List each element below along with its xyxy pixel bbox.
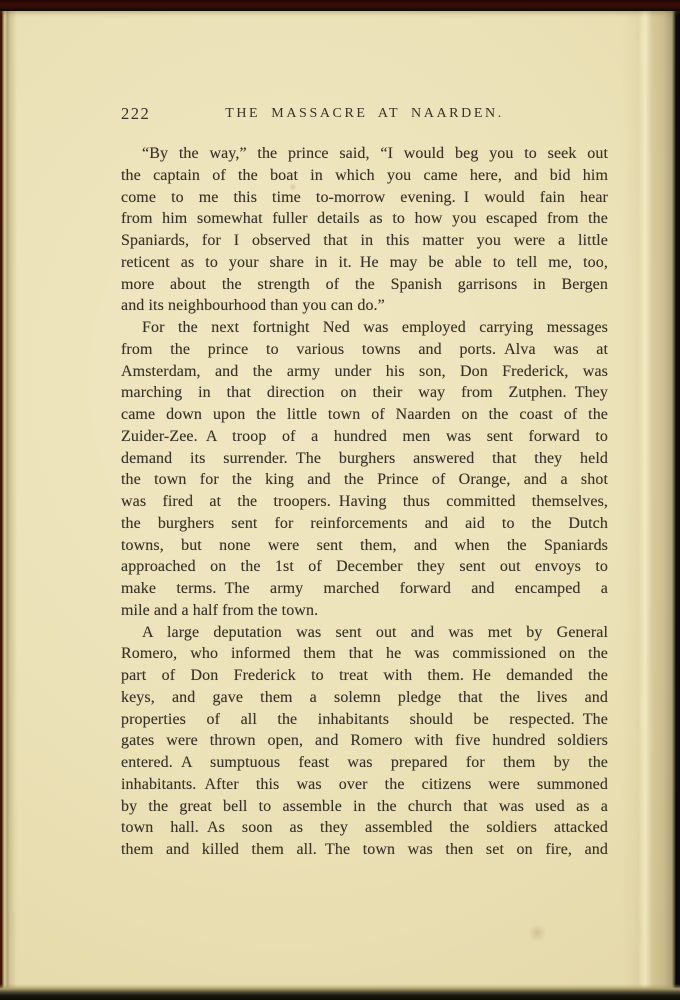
text-line: was fired at the troopers. Having thus c… (121, 491, 608, 513)
text-line: “By the way,” the prince said, “I would … (121, 143, 608, 165)
book-cover-bottom-band (0, 984, 680, 1000)
text-line: A large deputation was sent out and was … (121, 622, 608, 644)
text-line: inhabitants. After this was over the cit… (121, 774, 608, 796)
text-line: entered. A sumptuous feast was prepared … (121, 752, 608, 774)
text-line: from the prince to various towns and por… (121, 339, 608, 361)
text-line: make terms. The army marched forward and… (121, 578, 608, 600)
text-line: the burghers sent for reinforcements and… (121, 513, 608, 535)
paragraph: “By the way,” the prince said, “I would … (121, 143, 608, 317)
text-line: come to me this time to-morrow evening. … (121, 187, 608, 209)
text-line: them and killed them all. The town was t… (121, 839, 608, 861)
page-header: 222 THE MASSACRE AT NAARDEN. (121, 104, 608, 122)
text-line: properties of all the inhabitants should… (121, 709, 608, 731)
running-head: THE MASSACRE AT NAARDEN. (121, 106, 608, 122)
text-line: part of Don Frederick to treat with them… (121, 665, 608, 687)
text-line: Romero, who informed them that he was co… (121, 643, 608, 665)
text-line: more about the strength of the Spanish g… (121, 274, 608, 296)
text-line: and its neighbourhood than you can do.” (121, 295, 608, 317)
text-line: town hall. As soon as they assembled the… (121, 817, 608, 839)
paragraph: For the next fortnight Ned was employed … (121, 317, 608, 622)
text-line: demand its surrender. The burghers answe… (121, 448, 608, 470)
text-line: approached on the 1st of December they s… (121, 556, 608, 578)
text-line: Spaniards, for I observed that in this m… (121, 230, 608, 252)
text-line: came down upon the little town of Naarde… (121, 404, 608, 426)
book-cover-top-band (0, 0, 680, 11)
text-line: keys, and gave them a solemn pledge that… (121, 687, 608, 709)
text-line: the captain of the boat in which you cam… (121, 165, 608, 187)
text-line: the town for the king and the Prince of … (121, 469, 608, 491)
text-line: For the next fortnight Ned was employed … (121, 317, 608, 339)
page-fore-edge (622, 0, 680, 1000)
text-line: by the great bell to assemble in the chu… (121, 796, 608, 818)
text-line: towns, but none were sent them, and when… (121, 535, 608, 557)
book-page-scan: 222 THE MASSACRE AT NAARDEN. “By the way… (0, 0, 680, 1000)
page-body: “By the way,” the prince said, “I would … (121, 143, 608, 861)
text-line: gates were thrown open, and Romero with … (121, 730, 608, 752)
text-line: from him somewhat fuller details as to h… (121, 208, 608, 230)
text-line: mile and a half from the town. (121, 600, 608, 622)
paper-stain (528, 924, 546, 942)
text-block: 222 THE MASSACRE AT NAARDEN. “By the way… (121, 104, 608, 861)
text-line: reticent as to your share in it. He may … (121, 252, 608, 274)
text-line: Amsterdam, and the army under his son, D… (121, 361, 608, 383)
page-gutter-edge (0, 0, 17, 1000)
text-line: marching in that direction on their way … (121, 382, 608, 404)
paragraph: A large deputation was sent out and was … (121, 622, 608, 861)
text-line: Zuider-Zee. A troop of a hundred men was… (121, 426, 608, 448)
